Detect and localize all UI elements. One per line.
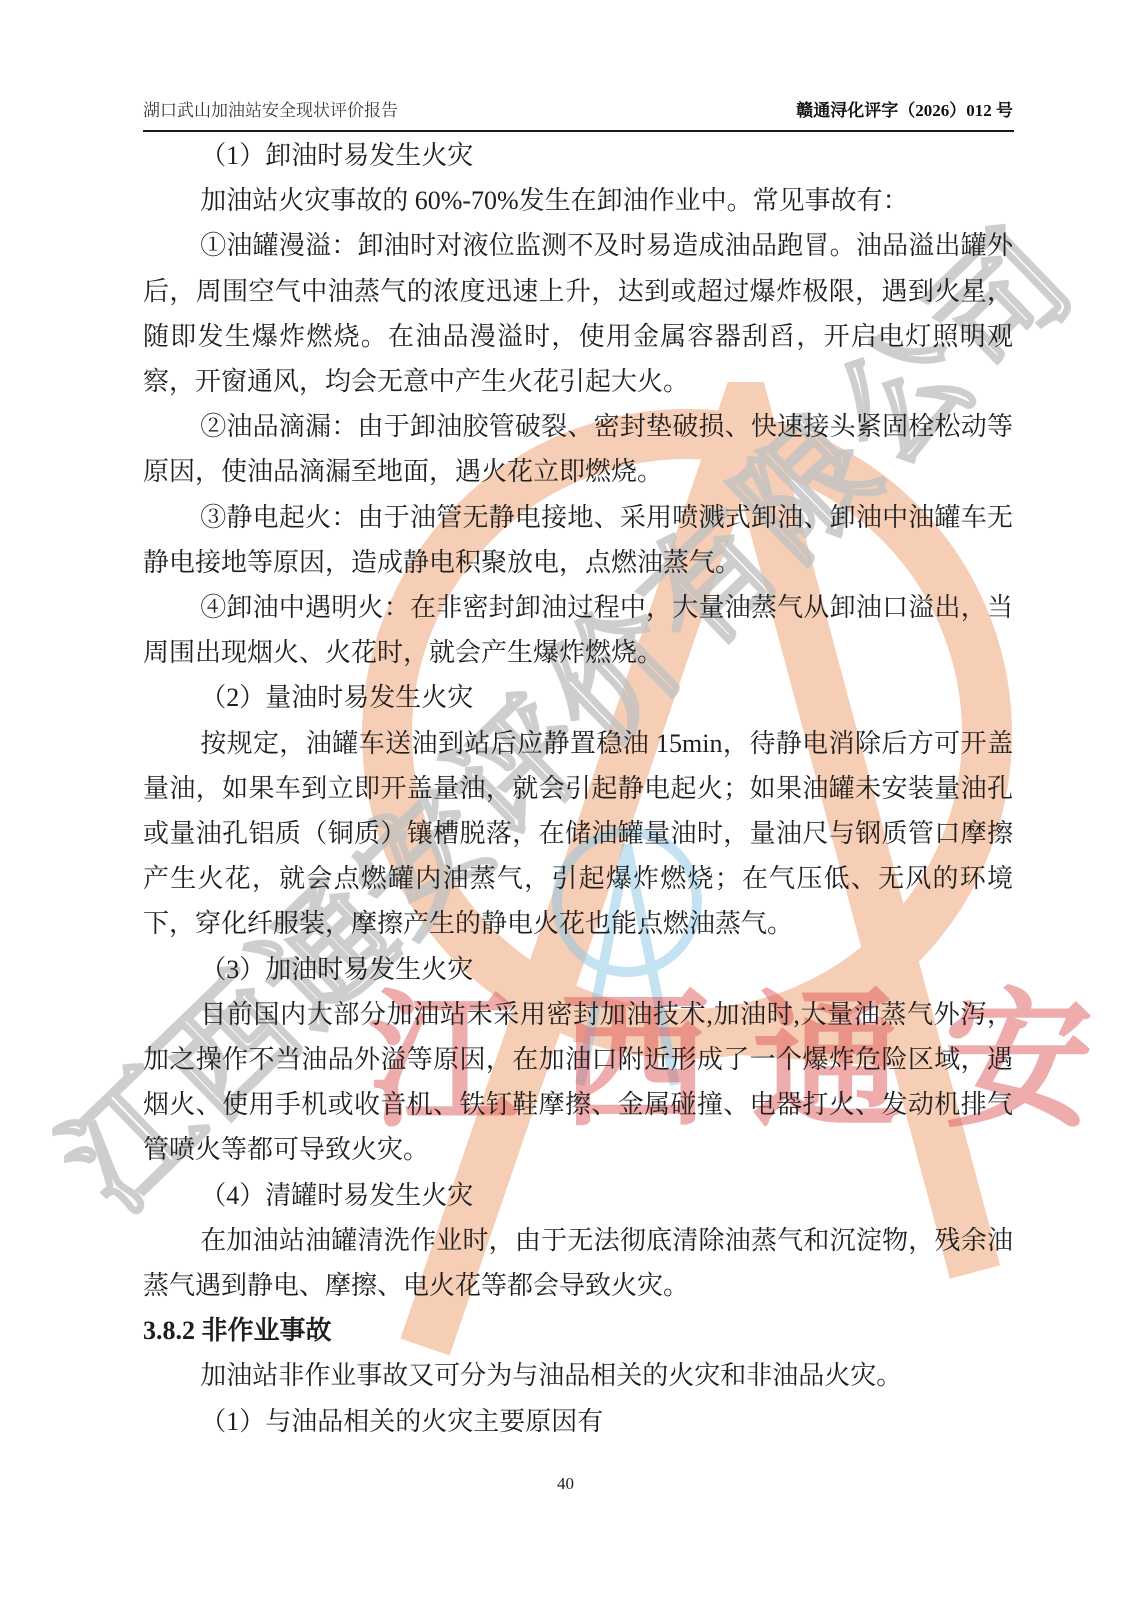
document-page: 江西通安评价有限公司 江西通安 湖口武山加油站安全现状评价报告 赣通浔化评字（2… (0, 0, 1131, 1600)
paragraph: 目前国内大部分加油站未采用密封加油技术,加油时,大量油蒸气外泻，加之操作不当油品… (143, 992, 1013, 1173)
section-heading: （1）卸油时易发生火灾 (143, 133, 1013, 178)
header-document-number: 赣通浔化评字（2026）012 号 (796, 96, 1013, 121)
section-heading: （3）加油时易发生火灾 (143, 947, 1013, 992)
header-rule (143, 130, 1014, 132)
paragraph: 加油站火灾事故的 60%-70%发生在卸油作业中。常见事故有： (143, 178, 1013, 223)
section-heading: （4）清罐时易发生火灾 (143, 1173, 1013, 1218)
section-heading: （2）量油时易发生火灾 (143, 675, 1013, 720)
paragraph: ④卸油中遇明火：在非密封卸油过程中，大量油蒸气从卸油口溢出，当周围出现烟火、火花… (143, 585, 1013, 675)
paragraph: 在加油站油罐清洗作业时，由于无法彻底清除油蒸气和沉淀物，残余油蒸气遇到静电、摩擦… (143, 1218, 1013, 1308)
content-layer: 湖口武山加油站安全现状评价报告 赣通浔化评字（2026）012 号 （1）卸油时… (0, 0, 1131, 1600)
page-number: 40 (557, 1474, 574, 1493)
document-body: （1）卸油时易发生火灾加油站火灾事故的 60%-70%发生在卸油作业中。常见事故… (143, 133, 1013, 1444)
paragraph: ①油罐漫溢：卸油时对液位监测不及时易造成油品跑冒。油品溢出罐外后，周围空气中油蒸… (143, 223, 1013, 404)
paragraph: 加油站非作业事故又可分为与油品相关的火灾和非油品火灾。 (143, 1353, 1013, 1398)
page-header: 湖口武山加油站安全现状评价报告 赣通浔化评字（2026）012 号 (143, 96, 1013, 121)
page-footer: 40 (0, 1474, 1131, 1494)
paragraph: 按规定，油罐车送油到站后应静置稳油 15min，待静电消除后方可开盖量油，如果车… (143, 721, 1013, 947)
numbered-section-heading: 3.8.2 非作业事故 (143, 1308, 1013, 1353)
paragraph: ②油品滴漏：由于卸油胶管破裂、密封垫破损、快速接头紧固栓松动等原因，使油品滴漏至… (143, 404, 1013, 494)
header-report-title: 湖口武山加油站安全现状评价报告 (143, 96, 398, 121)
paragraph: ③静电起火：由于油管无静电接地、采用喷溅式卸油、卸油中油罐车无静电接地等原因，造… (143, 495, 1013, 585)
section-heading: （1）与油品相关的火灾主要原因有 (143, 1399, 1013, 1444)
